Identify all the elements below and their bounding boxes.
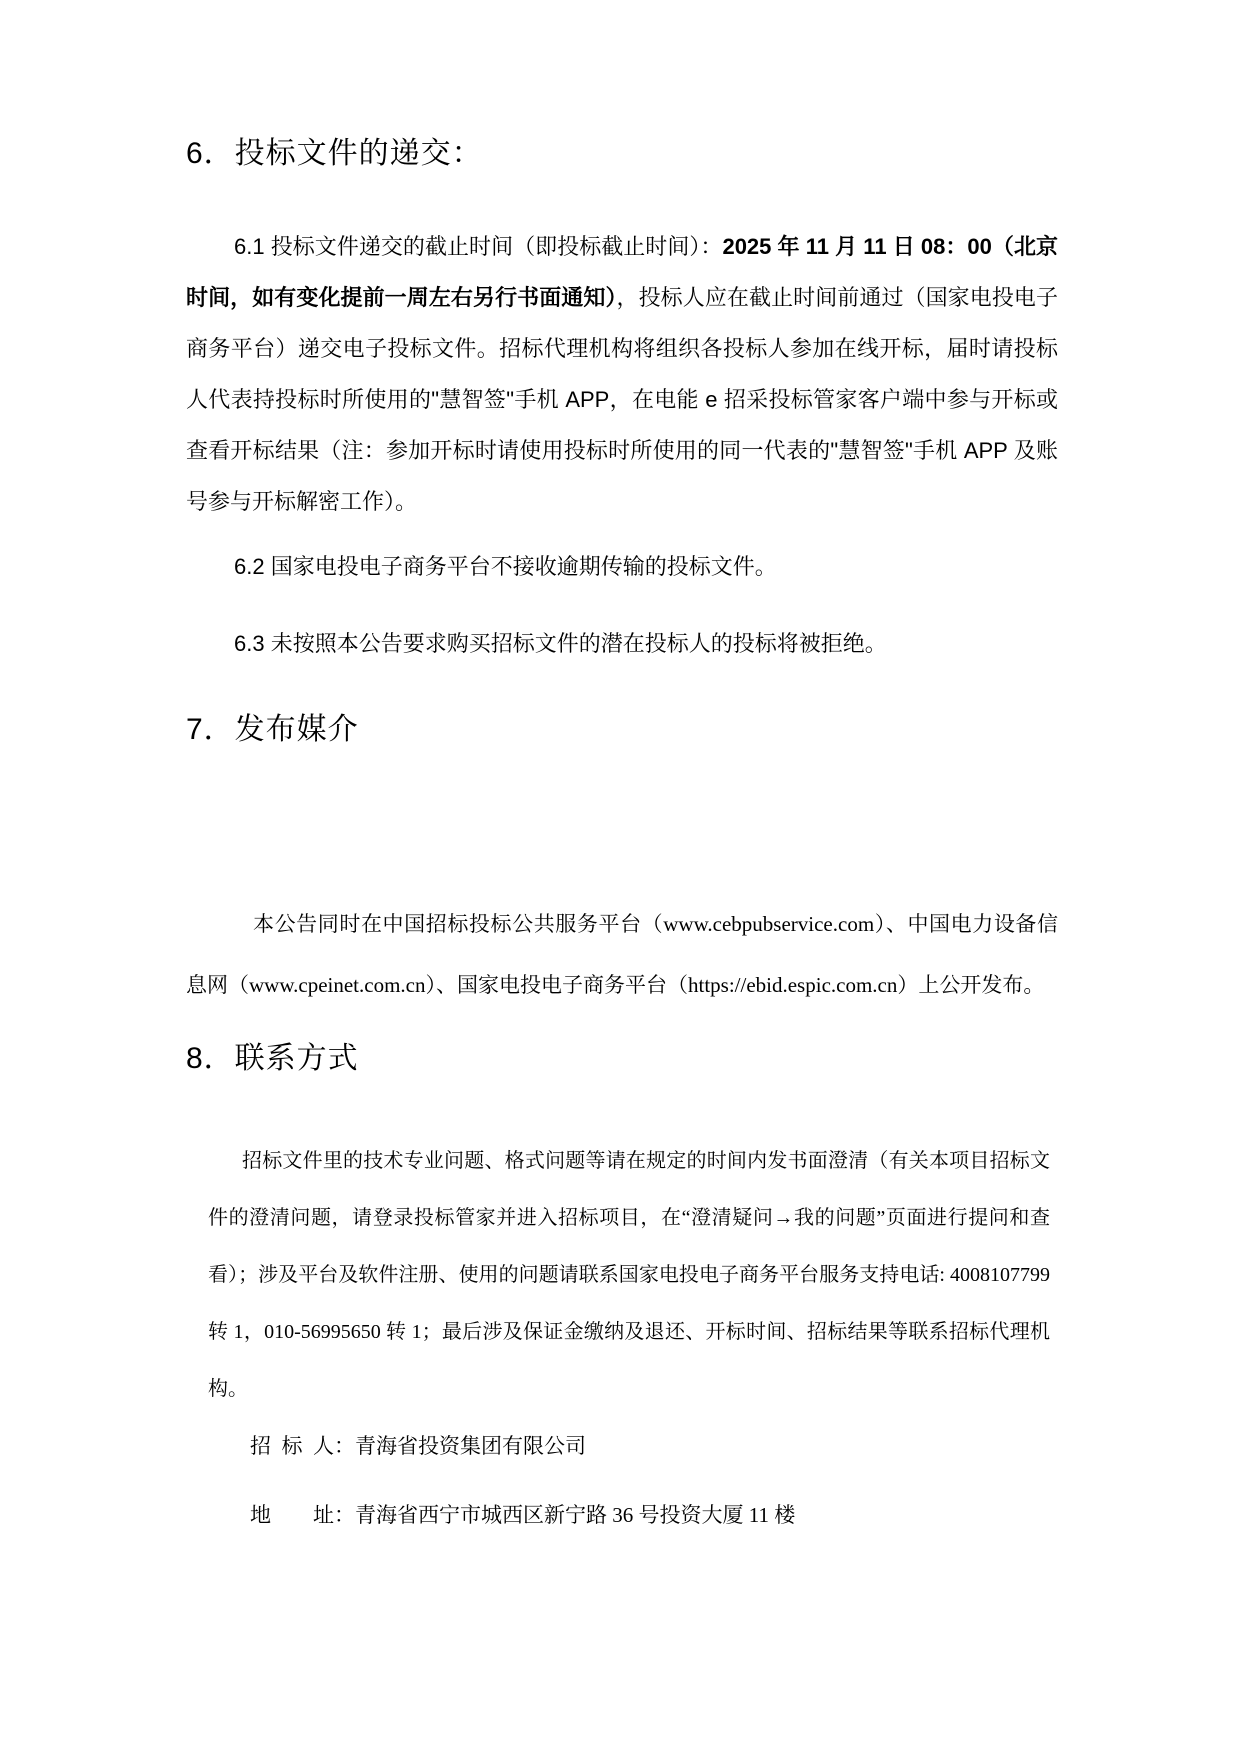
section6-paragraph-deadline: 6.1 投标文件递交的截止时间（即投标截止时间）：2025 年 11 月 11 … [186, 221, 1058, 527]
tenderer-value: 青海省投资集团有限公司 [355, 1434, 586, 1458]
tender-notice-page: 6．投标文件的递交： 6.1 投标文件递交的截止时间（即投标截止时间）：2025… [0, 0, 1240, 1753]
section8-heading: 8．联系方式 [186, 1039, 1058, 1079]
tenderer-label: 招标人 [250, 1418, 334, 1475]
tenderer-colon: ： [334, 1434, 355, 1458]
section6-heading: 6．投标文件的递交： [186, 134, 1058, 174]
section7-paragraph-media: 本公告同时在中国招标投标公共服务平台（www.cebpubservice.com… [186, 894, 1058, 1016]
deadline-rest-text: ，投标人应在截止时间前通过（国家电投电子商务平台）递交电子投标文件。招标代理机构… [186, 285, 1058, 514]
deadline-lead-text: 6.1 投标文件递交的截止时间（即投标截止时间）： [234, 234, 722, 259]
address-value: 青海省西宁市城西区新宁路 36 号投资大厦 11 楼 [355, 1503, 795, 1527]
address-line: 地址：青海省西宁市城西区新宁路 36 号投资大厦 11 楼 [250, 1487, 1058, 1544]
section6-paragraph-late-submission: 6.2 国家电投电子商务平台不接收逾期传输的投标文件。 [186, 541, 1058, 592]
address-label: 地址 [250, 1487, 334, 1544]
section7-heading: 7．发布媒介 [186, 710, 1058, 750]
section6-paragraph-rejection: 6.3 未按照本公告要求购买招标文件的潜在投标人的投标将被拒绝。 [186, 618, 1058, 669]
tenderer-line: 招标人：青海省投资集团有限公司 [250, 1418, 1058, 1475]
section8-paragraph-contact-info: 招标文件里的技术专业问题、格式问题等请在规定的时间内发书面澄清（有关本项目招标文… [208, 1133, 1050, 1418]
address-colon: ： [334, 1503, 355, 1527]
